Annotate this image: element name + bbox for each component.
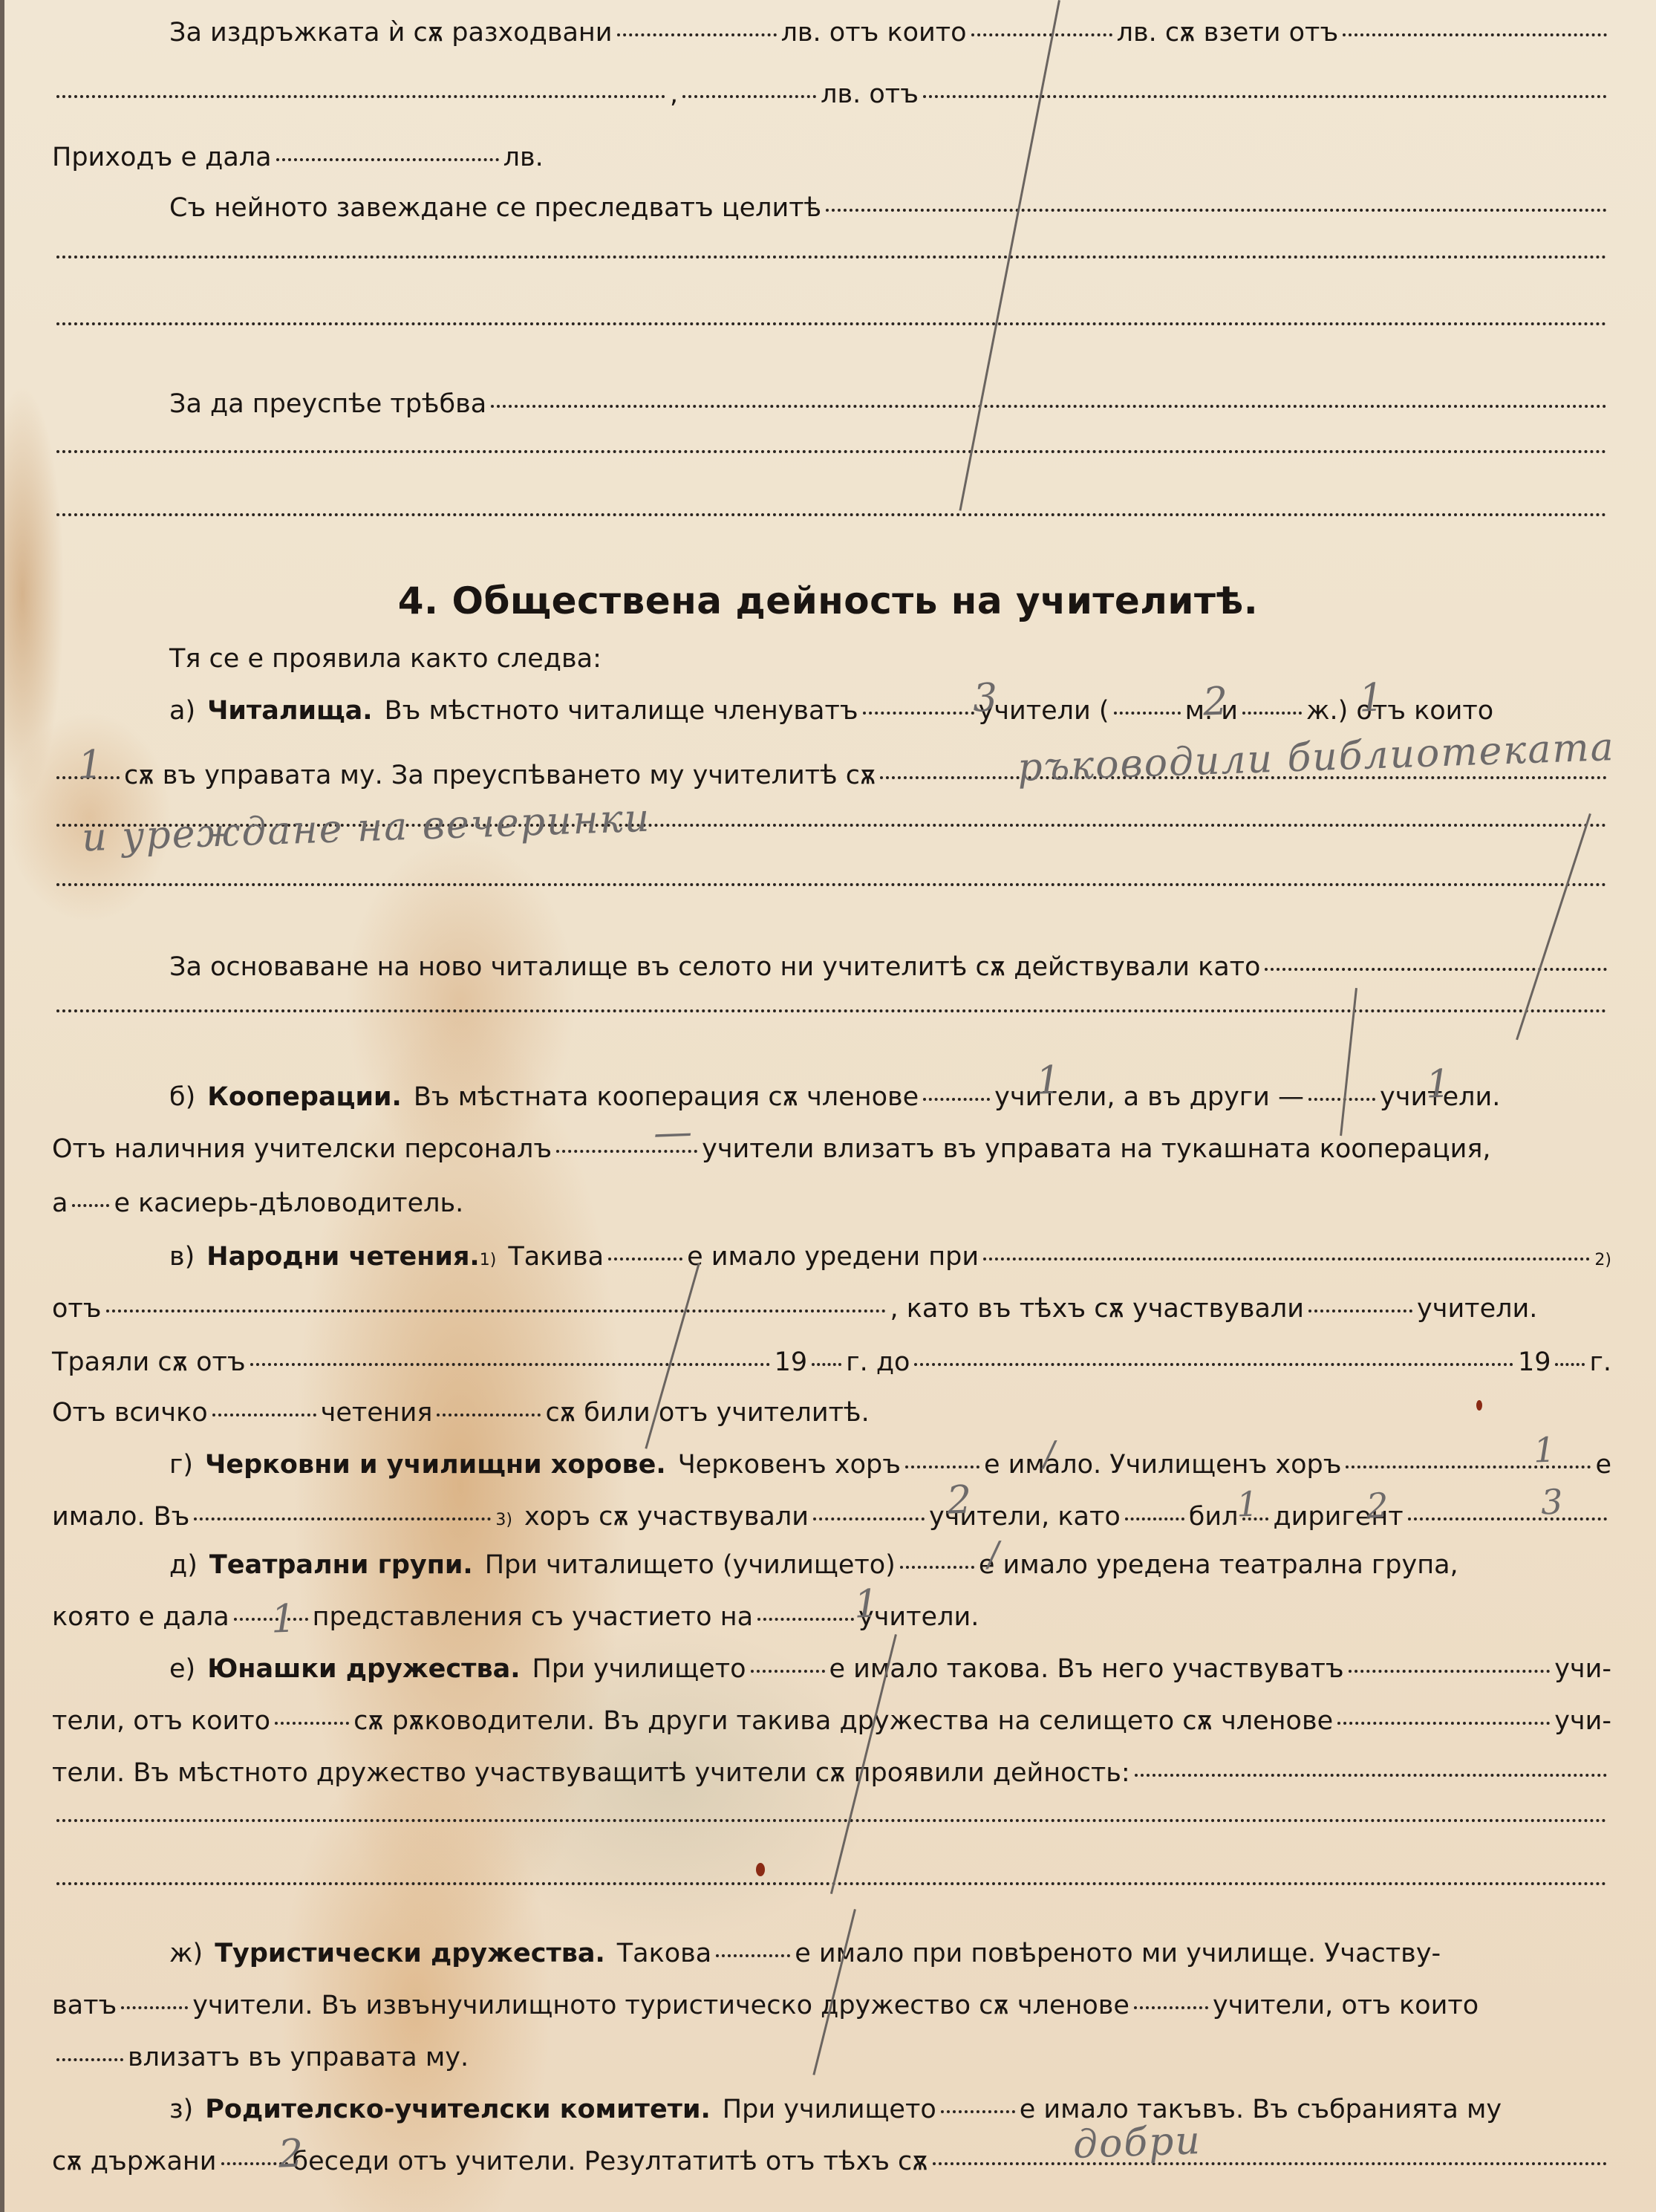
label-text: Приходъ е дала xyxy=(52,141,272,174)
handwritten-n2: 2 xyxy=(1366,1485,1390,1526)
label-text: учители влизатъ въ управата на тукашната… xyxy=(702,1133,1490,1165)
item-label: в) xyxy=(169,1240,195,1273)
item-label: ж) xyxy=(169,1937,203,1970)
section-e-line2: тели, отъ които сѫ рѫководители. Въ друг… xyxy=(52,1705,1611,1737)
label-text: отъ xyxy=(52,1292,102,1325)
label-text: г. xyxy=(1589,1346,1611,1379)
label-text: За основаване на ново читалище въ селото… xyxy=(169,951,1260,983)
section-e-line3: тели. Въ мѣстното дружество участвуващит… xyxy=(52,1757,1611,1789)
choir-name-field[interactable] xyxy=(194,1518,491,1520)
ink-spot xyxy=(756,1863,765,1876)
theatre-field[interactable] xyxy=(900,1566,974,1569)
n1-field[interactable] xyxy=(1125,1518,1184,1520)
needs-field[interactable] xyxy=(491,405,1607,408)
female-field[interactable] xyxy=(1242,712,1302,715)
blank-field[interactable] xyxy=(56,450,1607,453)
source-field[interactable] xyxy=(56,95,665,98)
handwritten-n3: 3 xyxy=(1540,1481,1565,1522)
label-text: е xyxy=(1595,1448,1611,1481)
blank-field[interactable] xyxy=(56,513,1607,516)
conductor-field[interactable] xyxy=(1408,1518,1607,1520)
item-heading: Читалища. xyxy=(207,694,372,727)
handwritten-n1: 1 xyxy=(1236,1483,1260,1524)
section-z-line1: з) Родителско-учителски комитети. При уч… xyxy=(169,2093,1611,2126)
label-text: 19 xyxy=(775,1346,808,1379)
total-readings-field[interactable] xyxy=(212,1414,316,1416)
label-text: учи- xyxy=(1554,1705,1611,1737)
start-date-field[interactable] xyxy=(250,1363,770,1366)
expenses-field[interactable] xyxy=(617,33,777,36)
label-text: сѫ държани xyxy=(52,2145,217,2178)
handwritten-theatre: / xyxy=(987,1534,1001,1575)
label-text: е имало такова. Въ него участвуватъ xyxy=(829,1653,1344,1685)
handwritten-church-choir: / xyxy=(1043,1434,1057,1474)
members-field[interactable] xyxy=(863,712,974,715)
needs-line: За да преуспѣе трѣбва xyxy=(169,388,1611,420)
label-text: Тя се е проявила както следва: xyxy=(169,643,602,675)
label-text: За издръжката ѝ сѫ разходвани xyxy=(169,16,613,49)
tourist-field[interactable] xyxy=(716,1954,790,1957)
label-text: представления съ участието на xyxy=(313,1601,753,1633)
item-label: е) xyxy=(169,1653,195,1685)
label-text: е касиерь-дѣловодитель. xyxy=(114,1187,463,1220)
section-v-line2: отъ , като въ тѣхъ сѫ участвували учител… xyxy=(52,1292,1611,1325)
label-text: е имало. Училищенъ хоръ xyxy=(984,1448,1341,1481)
label-text: а xyxy=(52,1187,68,1220)
label-text: учители, отъ които xyxy=(1213,1989,1479,2022)
section-zh-line1: ж) Туристически дружества. Такова е имал… xyxy=(169,1937,1611,1970)
label-text: сѫ били отъ учителитѣ. xyxy=(545,1396,869,1429)
label-text: г. до xyxy=(846,1346,910,1379)
youth-field[interactable] xyxy=(751,1670,825,1673)
label-text: За да преуспѣе трѣбва xyxy=(169,388,486,420)
blank-line xyxy=(52,327,1611,330)
handwritten-members: 3 xyxy=(972,675,1000,720)
item-heading: Туристически дружества. xyxy=(215,1937,605,1970)
blank-line xyxy=(52,888,1611,891)
handwritten-results: добри xyxy=(1072,2118,1202,2167)
handwritten-other-coop: 1 xyxy=(1425,1061,1453,1107)
label-text: която е дала xyxy=(52,1601,229,1633)
label-text: Траяли сѫ отъ xyxy=(52,1346,246,1379)
youth-participants-field[interactable] xyxy=(1349,1670,1551,1673)
results-field[interactable] xyxy=(933,2162,1607,2165)
item-label: г) xyxy=(169,1448,193,1481)
label-text: лв. xyxy=(503,141,544,174)
end-date-field[interactable] xyxy=(914,1363,1513,1366)
tourist-members-field[interactable] xyxy=(1134,2006,1208,2009)
item-label: б) xyxy=(169,1081,195,1113)
section-v-line3: Траяли сѫ отъ 19 г. до 19 г. xyxy=(52,1346,1611,1379)
label-text: При училището xyxy=(532,1653,746,1685)
blank-field[interactable] xyxy=(56,1819,1607,1822)
youth-activity-field[interactable] xyxy=(1135,1774,1607,1777)
other-youth-field[interactable] xyxy=(1337,1722,1550,1725)
label-text: Черковенъ хоръ xyxy=(678,1448,901,1481)
handwritten-school-choir: 1 xyxy=(1533,1429,1557,1470)
blank-line xyxy=(52,455,1611,458)
of-which-field[interactable] xyxy=(971,33,1112,36)
label-text: е имало уредена театрална група, xyxy=(979,1549,1458,1581)
choir-participants-field[interactable] xyxy=(813,1518,925,1520)
label-text: учи- xyxy=(1554,1653,1611,1685)
section-v-line4: Отъ всичко четения сѫ били отъ учителитѣ… xyxy=(52,1396,1611,1429)
blank-field[interactable] xyxy=(56,322,1607,325)
label-text: влизатъ въ управата му. xyxy=(128,2041,469,2074)
label-text: ватъ xyxy=(52,1989,117,2022)
item-heading: Родителско-учителски комитети. xyxy=(205,2093,711,2126)
blank-field[interactable] xyxy=(56,1009,1607,1012)
section-v-line1: в) Народни четения. 1) Такива е имало ур… xyxy=(169,1240,1611,1273)
item-heading: Народни четения. xyxy=(206,1240,479,1273)
from-field[interactable] xyxy=(923,95,1607,98)
item-heading: Театрални групи. xyxy=(209,1549,473,1581)
label-text: тели. Въ мѣстното дружество участвуващит… xyxy=(52,1757,1130,1789)
label-text: сѫ въ управата му. За преуспѣването му у… xyxy=(124,759,876,792)
section-b-line1: б) Кооперации. Въ мѣстната кооперация сѫ… xyxy=(169,1081,1611,1113)
section-a-line1: а) Читалища. Въ мѣстното читалище членув… xyxy=(169,694,1611,727)
label-text: беседи отъ учители. Резултатитѣ отъ тѣхъ… xyxy=(293,2145,928,2178)
blank-field[interactable] xyxy=(56,883,1607,886)
page-edge xyxy=(0,0,4,2212)
participants-field[interactable] xyxy=(1308,1310,1412,1312)
held-at-field[interactable] xyxy=(983,1258,1590,1260)
item-heading: Черковни и училищни хорове. xyxy=(205,1448,666,1481)
label-text: , xyxy=(670,78,678,111)
label-text: При училището xyxy=(723,2093,936,2126)
readings-field[interactable] xyxy=(608,1258,682,1260)
label-text: сѫ рѫководители. Въ други такива дружест… xyxy=(353,1705,1333,1737)
intro-text: Тя се е проявила както следва: xyxy=(169,643,1611,675)
youth-leaders-field[interactable] xyxy=(275,1722,349,1725)
item-heading: Кооперации. xyxy=(207,1081,402,1113)
label-text: 19 xyxy=(1518,1346,1551,1379)
label-text: Такова xyxy=(617,1937,711,1970)
blank-line xyxy=(52,518,1611,521)
blank-line xyxy=(52,1824,1611,1826)
section-d-line1: д) Театрални групи. При читалището (учил… xyxy=(169,1549,1611,1581)
label-text: , като въ тѣхъ сѫ участвували xyxy=(890,1292,1305,1325)
label-text: е имало при повѣреното ми училище. Участ… xyxy=(795,1937,1441,1970)
label-text: имало. Въ xyxy=(52,1500,189,1533)
section-b-line2: Отъ наличния учителски персоналъ учители… xyxy=(52,1133,1611,1165)
label-text: Въ мѣстната кооперация сѫ членове xyxy=(414,1081,919,1113)
label-text: Съ нейното завеждане се преследватъ цели… xyxy=(169,192,821,224)
item-heading: Юнашки дружества. xyxy=(207,1653,520,1685)
handwritten-coop-members: 1 xyxy=(1035,1058,1063,1103)
income-line: Приходъ е дала лв. xyxy=(52,141,1611,174)
end-year-field[interactable] xyxy=(1555,1363,1585,1366)
label-text: лв. сѫ взети отъ xyxy=(1117,16,1339,49)
tourist-board-field[interactable] xyxy=(56,2058,123,2061)
item-label: з) xyxy=(169,2093,193,2126)
blank-line xyxy=(52,1014,1611,1017)
income-field[interactable] xyxy=(276,158,499,161)
label-text: хоръ сѫ участвували xyxy=(524,1500,809,1533)
label-text: При читалището (училището) xyxy=(485,1549,896,1581)
organizer-field[interactable] xyxy=(106,1310,886,1312)
blank-line xyxy=(52,260,1611,263)
label-text: четения xyxy=(321,1396,433,1429)
label-text: лв. отъ които xyxy=(781,16,967,49)
handwritten-coop-board: — xyxy=(653,1110,694,1156)
label-text: Отъ всичко xyxy=(52,1396,208,1429)
label-text: е имало уредени при xyxy=(687,1240,979,1273)
taken-from-field[interactable] xyxy=(1343,33,1607,36)
section-zh-line3: влизатъ въ управата му. xyxy=(52,2041,1611,2074)
start-year-field[interactable] xyxy=(812,1363,841,1366)
funding-source-line: , лв. отъ xyxy=(52,78,1611,111)
label-text: Отъ наличния учителски персоналъ xyxy=(52,1133,552,1165)
section-g-line1: г) Черковни и училищни хорове. Черковенъ… xyxy=(169,1448,1611,1481)
theatre-teachers-field[interactable] xyxy=(757,1618,854,1621)
other-coop-field[interactable] xyxy=(1308,1098,1375,1101)
label-text: учители. xyxy=(1417,1292,1537,1325)
handwritten-male: 2 xyxy=(1202,679,1230,724)
label-text: Такива xyxy=(508,1240,604,1273)
handwritten-theatre-teachers: 1 xyxy=(853,1581,881,1627)
handwritten-board: 1 xyxy=(77,742,105,787)
church-choir-field[interactable] xyxy=(905,1466,979,1468)
male-field[interactable] xyxy=(1114,712,1181,715)
founding-field[interactable] xyxy=(1265,968,1607,971)
blank-field[interactable] xyxy=(56,256,1607,258)
item-label: д) xyxy=(169,1549,198,1581)
cashier-field[interactable] xyxy=(72,1204,109,1207)
handwritten-female: 1 xyxy=(1358,675,1386,720)
item-label: а) xyxy=(169,694,195,727)
tourist-participants-field[interactable] xyxy=(121,2006,188,2009)
label-text: тели, отъ които xyxy=(52,1705,270,1737)
handwritten-talks: 2 xyxy=(278,2131,305,2176)
coop-members-field[interactable] xyxy=(923,1098,990,1101)
ink-spot xyxy=(1476,1400,1482,1411)
label-text: ж.) отъ които xyxy=(1306,694,1493,727)
goals-line: Съ нейното завеждане се преследватъ цели… xyxy=(169,192,1611,224)
section-b-line3: а е касиерь-дѣловодитель. xyxy=(52,1187,1611,1220)
amount-field[interactable] xyxy=(682,95,816,98)
label-text: Въ мѣстното читалище членуватъ xyxy=(385,694,858,727)
section-title: 4. Обществена дейность на учителитѣ. xyxy=(0,579,1656,622)
label-text: учители. Въ извънучилищното туристическо… xyxy=(192,1989,1129,2022)
label-text: лв. отъ xyxy=(821,78,919,111)
label-text: бил xyxy=(1189,1500,1239,1533)
label-text: е имало такъвъ. Въ събранията му xyxy=(1020,2093,1502,2126)
section-a-line3: За основаване на ново читалище въ селото… xyxy=(169,951,1611,983)
talks-field[interactable] xyxy=(221,2162,288,2165)
teacher-readings-field[interactable] xyxy=(437,1414,541,1416)
handwritten-shows: 1 xyxy=(270,1596,298,1642)
maintenance-expenses-line: За издръжката ѝ сѫ разходвани лв. отъ ко… xyxy=(169,16,1611,49)
goals-field[interactable] xyxy=(826,209,1607,212)
handwritten-choir-participants: 2 xyxy=(946,1477,974,1523)
parent-committee-field[interactable] xyxy=(941,2110,1015,2113)
